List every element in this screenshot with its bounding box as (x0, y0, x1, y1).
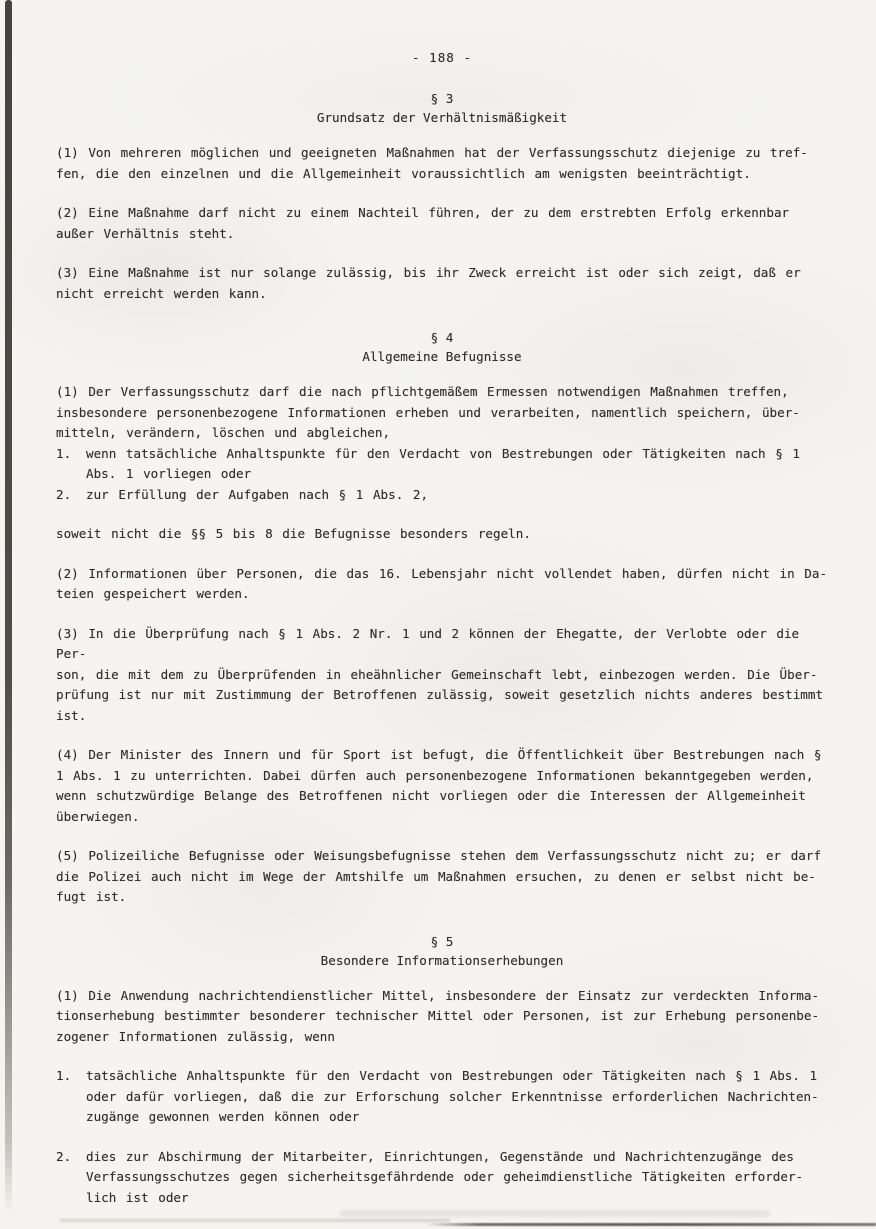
section-5-paragraph-1-intro: (1) Die Anwendung nachrichtendienstliche… (56, 986, 828, 1048)
page-number: - 188 - (56, 50, 828, 65)
section-4-number: § 4 (56, 328, 828, 347)
list-item-text: tatsächliche Anhaltspunkte für den Verda… (86, 1066, 819, 1128)
list-item-number: 1. (56, 444, 86, 485)
list-item-number: 2. (56, 485, 86, 506)
section-3-paragraph-3: (3) Eine Maßnahme ist nur solange zuläss… (56, 263, 828, 304)
section-5-heading: § 5 Besondere Informationserhebungen (56, 932, 828, 970)
section-3-paragraph-2: (2) Eine Maßnahme darf nicht zu einem Na… (56, 203, 828, 244)
section-3-number: § 3 (56, 89, 828, 108)
scan-artifact-left-edge-bar (5, 0, 12, 1215)
section-5-title: Besondere Informationserhebungen (56, 951, 828, 970)
list-item: 1. tatsächliche Anhaltspunkte für den Ve… (56, 1066, 828, 1128)
list-item-text: dies zur Abschirmung der Mitarbeiter, Ei… (86, 1147, 803, 1209)
list-item: 2. zur Erfüllung der Aufgaben nach § 1 A… (56, 485, 828, 506)
section-5-numbered-list: 1. tatsächliche Anhaltspunkte für den Ve… (56, 1066, 828, 1208)
section-4-paragraph-3: (3) In die Überprüfung nach § 1 Abs. 2 N… (56, 624, 828, 727)
section-4-paragraph-4: (4) Der Minister des Innern und für Spor… (56, 745, 828, 827)
section-4-heading: § 4 Allgemeine Befugnisse (56, 328, 828, 366)
section-4-paragraph-1-close: soweit nicht die §§ 5 bis 8 die Befugnis… (56, 524, 828, 545)
list-item-text: zur Erfüllung der Aufgaben nach § 1 Abs.… (86, 485, 428, 506)
section-4-paragraph-2: (2) Informationen über Personen, die das… (56, 564, 828, 605)
section-4-paragraph-1-intro: (1) Der Verfassungsschutz darf die nach … (56, 382, 828, 444)
list-item-text: wenn tatsächliche Anhaltspunkte für den … (86, 444, 800, 485)
list-item: 2. dies zur Abschirmung der Mitarbeiter,… (56, 1147, 828, 1209)
page-content: - 188 - § 3 Grundsatz der Verhältnismäßi… (56, 50, 828, 1227)
list-item-number: 2. (56, 1147, 86, 1209)
section-4-title: Allgemeine Befugnisse (56, 347, 828, 366)
section-5-number: § 5 (56, 932, 828, 951)
section-3-heading: § 3 Grundsatz der Verhältnismäßigkeit (56, 89, 828, 127)
section-3-paragraph-1: (1) Von mehreren möglichen und geeignete… (56, 143, 828, 184)
section-4-numbered-list: 1. wenn tatsächliche Anhaltspunkte für d… (56, 444, 828, 506)
section-3-title: Grundsatz der Verhältnismäßigkeit (56, 108, 828, 127)
list-item: 1. wenn tatsächliche Anhaltspunkte für d… (56, 444, 828, 485)
section-4-paragraph-5: (5) Polizeiliche Befugnisse oder Weisung… (56, 846, 828, 908)
list-item-number: 1. (56, 1066, 86, 1128)
